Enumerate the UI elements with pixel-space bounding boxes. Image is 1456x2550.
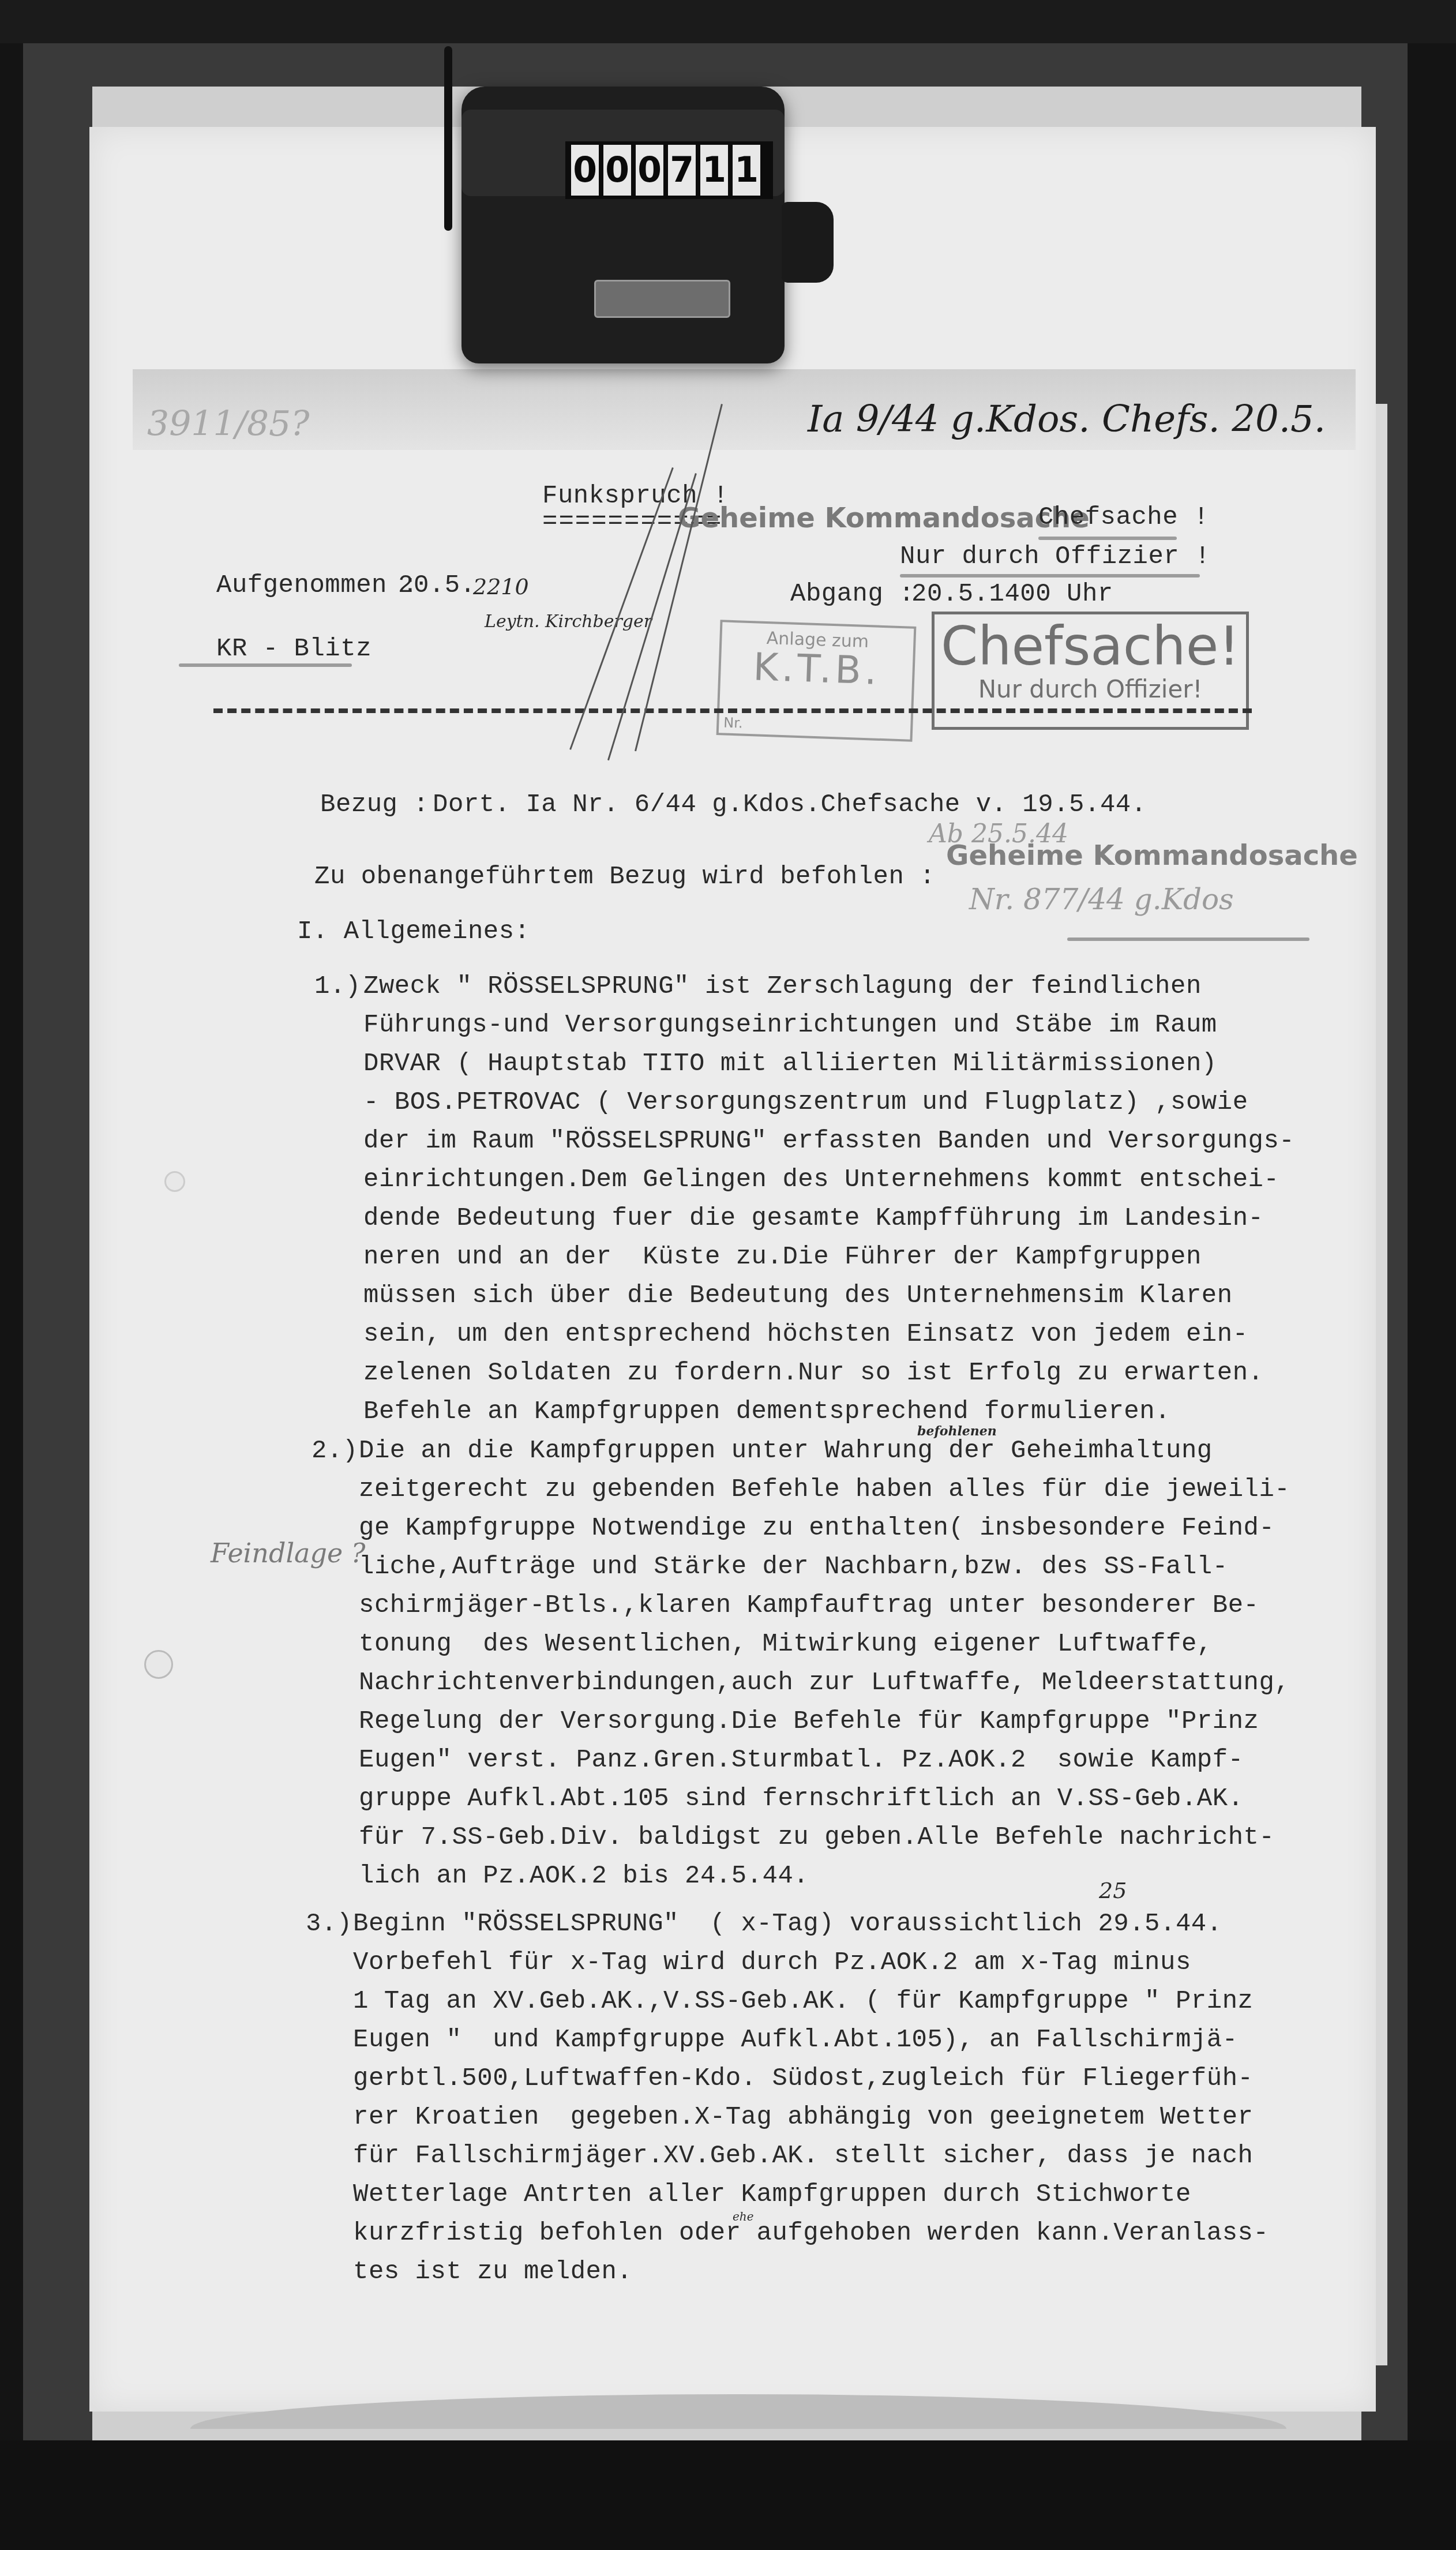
text-line: lich an Pz.AOK.2 bis 24.5.44. — [359, 1862, 809, 1891]
text-line: gruppe Aufkl.Abt.105 sind fernschriftlic… — [359, 1784, 1244, 1813]
pencil-file-number: 3911/85? — [147, 404, 309, 444]
text-line: DRVAR ( Hauptstab TITO mit alliierten Mi… — [363, 1049, 1217, 1078]
ktb-stamp-line2: K.T.B. — [721, 647, 913, 692]
counter-digit: 0 — [571, 145, 599, 196]
chefsache-stamp-line2: Nur durch Offizier! — [935, 675, 1246, 703]
intro-text: Zu obenangeführtem Bezug wird befohlen : — [314, 862, 935, 891]
text-line: Befehle an Kampfgruppen dementsprechend … — [363, 1397, 1170, 1426]
aufgenommen-hand-time: 2210 — [473, 574, 529, 599]
text-line: Eugen" verst. Panz.Gren.Sturmbatl. Pz.AO… — [359, 1746, 1244, 1775]
text-line: der im Raum "RÖSSELSPRUNG" erfassten Ban… — [363, 1127, 1294, 1156]
interlinear-date-correction: 25 — [1099, 1878, 1127, 1903]
text-line: für 7.SS-Geb.Div. baldigst zu geben.Alle… — [359, 1823, 1274, 1852]
film-border-top — [0, 0, 1456, 43]
paragraph-number: 1.) — [314, 972, 361, 1001]
text-line: gerbtl.500,Luftwaffen-Kdo. Südost,zuglei… — [353, 2064, 1253, 2093]
counter-digit: 7 — [668, 145, 696, 196]
aufgenommen-value: 20.5. — [398, 571, 476, 600]
handwritten-reference: Ia 9/44 g.Kdos. Chefs. 20.5. — [808, 398, 1326, 441]
punch-hole — [164, 1171, 185, 1192]
abgang-label: Abgang : — [790, 580, 914, 609]
text-line: kurzfristig befohlen oder aufgehoben wer… — [353, 2219, 1269, 2248]
receiver-signature: Leytn. Kirchberger — [485, 612, 652, 632]
text-line: Regelung der Versorgung.Die Befehle für … — [359, 1707, 1259, 1736]
pencil-underline — [179, 663, 352, 667]
text-line: Zweck " RÖSSELSPRUNG" ist Zerschlagung d… — [363, 972, 1202, 1001]
film-border-bottom — [0, 2440, 1456, 2550]
text-line: Nachrichtenverbindungen,auch zur Luftwaf… — [359, 1668, 1290, 1697]
page-right-edge — [1376, 404, 1387, 2365]
text-line: ge Kampfgruppe Notwendige zu enthalten( … — [359, 1514, 1274, 1543]
geheime-kommandosache-stamp: Geheime Kommandosache — [946, 839, 1358, 872]
section-heading: I. Allgemeines: — [297, 917, 530, 946]
geheime-kommandosache-stamp: Geheime Kommandosache — [678, 502, 1090, 534]
text-line: - BOS.PETROVAC ( Versorgungszentrum und … — [363, 1088, 1248, 1117]
paragraph-number: 2.) — [312, 1437, 358, 1465]
chefsache-label: Chefsache ! — [1038, 503, 1209, 532]
text-line: schirmjäger-Btls.,klaren Kampfauftrag un… — [359, 1591, 1259, 1620]
counter-cable — [444, 46, 452, 231]
text-line: sein, um den entsprechend höchsten Einsa… — [363, 1320, 1248, 1349]
chefsache-stamp-line1: Chefsache! — [935, 619, 1246, 675]
counter-digit: 0 — [603, 145, 631, 196]
pencil-underline — [900, 574, 1200, 577]
reference-label: Bezug : — [320, 790, 429, 819]
pencil-register-number: Nr. 877/44 g.Kdos — [969, 883, 1234, 916]
text-line: liche,Aufträge und Stärke der Nachbarn,b… — [359, 1552, 1228, 1581]
abgang-value: 20.5.1400 Uhr — [911, 580, 1113, 609]
nur-durch-offizier-label: Nur durch Offizier ! — [900, 542, 1210, 571]
counter-nameplate — [594, 280, 730, 318]
text-line: zelenen Soldaten zu fordern.Nur so ist E… — [363, 1359, 1263, 1387]
text-line: Eugen " und Kampfgruppe Aufkl.Abt.105), … — [353, 2026, 1238, 2054]
text-line: zeitgerecht zu gebenden Befehle haben al… — [359, 1475, 1290, 1504]
reference-text: Dort. Ia Nr. 6/44 g.Kdos.Chefsache v. 19… — [433, 790, 1147, 819]
text-line: Führungs-und Versorgungseinrichtungen un… — [363, 1011, 1217, 1040]
aufgenommen-label: Aufgenommen : — [216, 571, 418, 600]
text-line: neren und an der Küste zu.Die Führer der… — [363, 1243, 1202, 1272]
text-line: müssen sich über die Bedeutung des Unter… — [363, 1281, 1233, 1310]
text-line: Beginn "RÖSSELSPRUNG" ( x-Tag) voraussic… — [353, 1910, 1222, 1938]
counter-display: 0 0 0 7 1 1 — [565, 141, 773, 199]
counter-knob — [782, 202, 834, 283]
text-line: tes ist zu melden. — [353, 2257, 632, 2286]
separator-line — [213, 708, 1252, 713]
text-line: dende Bedeutung fuer die gesamte Kampffü… — [363, 1204, 1263, 1233]
ktb-stamp-nr: Nr. — [723, 714, 743, 731]
frame-counter-device: 0 0 0 7 1 1 — [461, 46, 894, 369]
priority-label: KR - Blitz — [216, 635, 371, 663]
text-line: 1 Tag an XV.Geb.AK.,V.SS-Geb.AK. ( für K… — [353, 1987, 1253, 2016]
text-line: rer Kroatien gegeben.X-Tag abhängig von … — [353, 2103, 1253, 2132]
text-line: tonung des Wesentlichen, Mitwirkung eige… — [359, 1630, 1213, 1659]
text-line: für Fallschirmjäger.XV.Geb.AK. stellt si… — [353, 2142, 1253, 2170]
punch-hole — [144, 1650, 173, 1679]
text-line: einrichtungen.Dem Gelingen des Unternehm… — [363, 1165, 1279, 1194]
counter-digit: 0 — [636, 145, 663, 196]
text-line: Wetterlage Antrten aller Kampfgruppen du… — [353, 2180, 1191, 2209]
text-line: Die an die Kampfgruppen unter Wahrung de… — [359, 1437, 1213, 1465]
ktb-stamp: Anlage zum K.T.B. Nr. — [716, 620, 917, 742]
pencil-underline — [1067, 937, 1309, 941]
pencil-underline — [1038, 537, 1177, 540]
margin-note: Feindlage ? — [211, 1537, 366, 1569]
paragraph-number: 3.) — [306, 1910, 352, 1938]
counter-digit: 1 — [733, 145, 760, 196]
text-line: Vorbefehl für x-Tag wird durch Pz.AOK.2 … — [353, 1948, 1191, 1977]
counter-digit: 1 — [700, 145, 728, 196]
